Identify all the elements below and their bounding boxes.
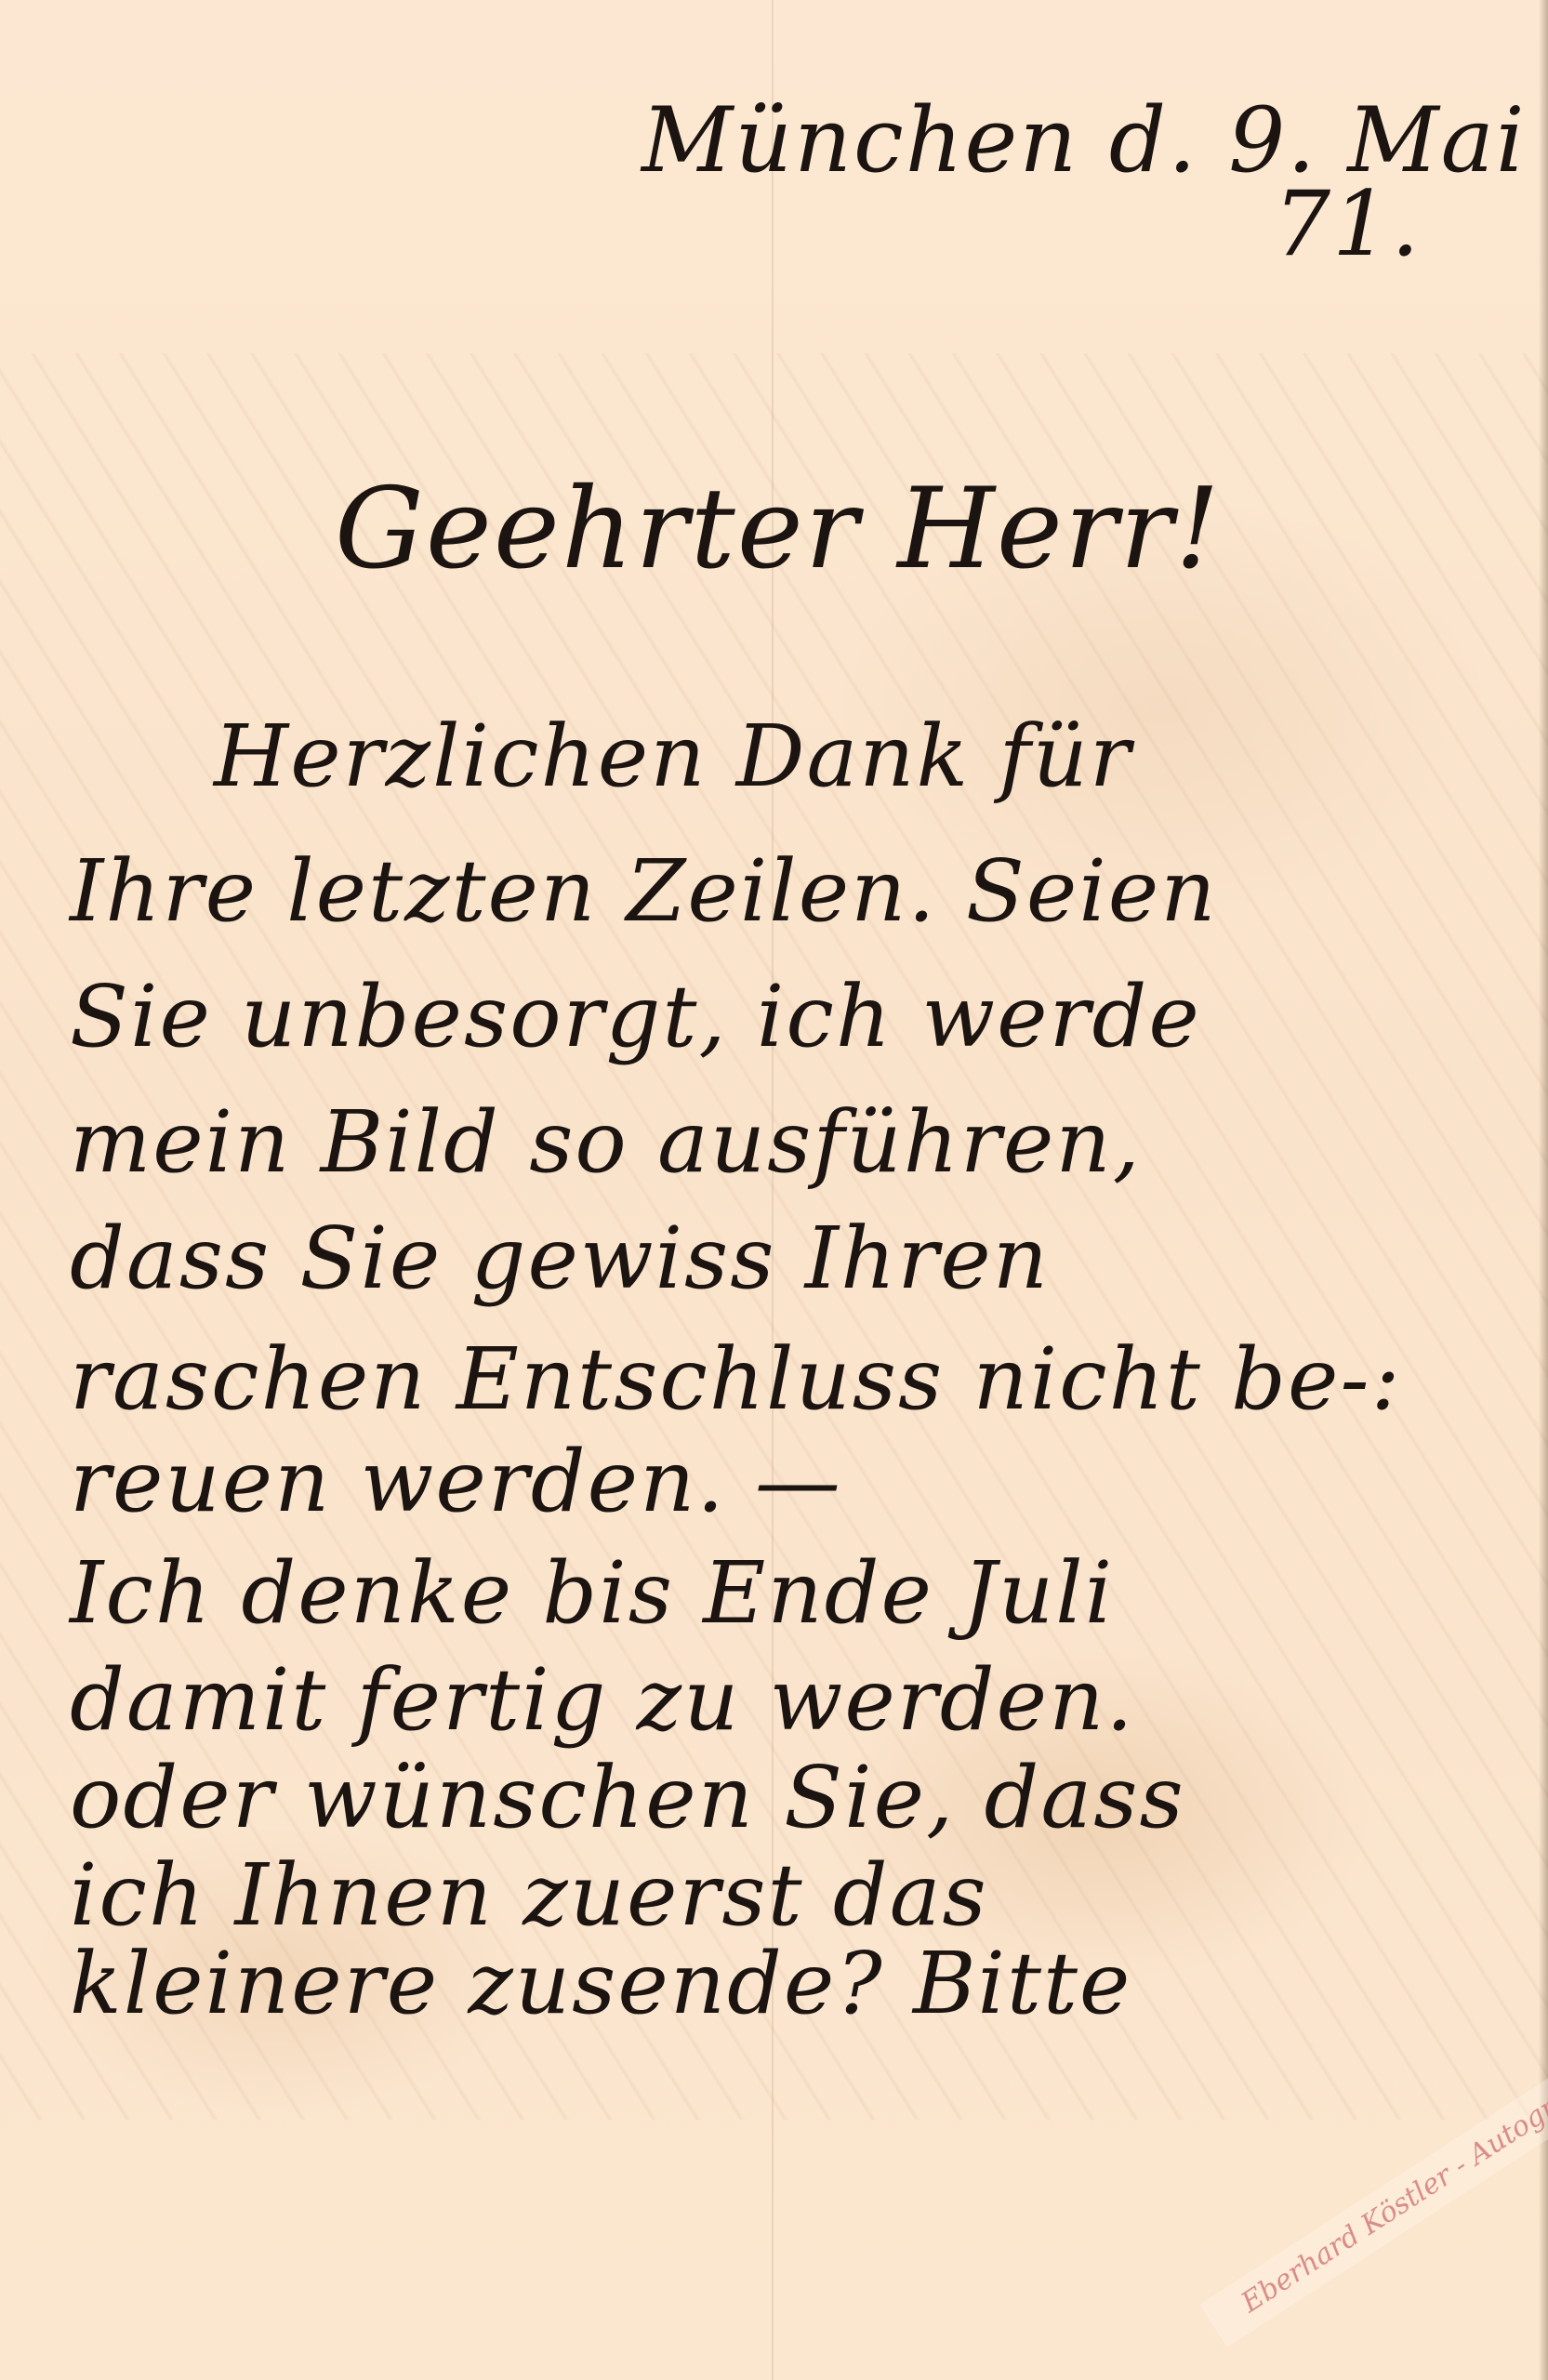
body-line: Ich denke bis Ende Juli	[70, 1543, 1114, 1643]
body-line: kleinere zusende? Bitte	[70, 1934, 1131, 2033]
body-line: raschen Entschluss nicht be-:	[70, 1329, 1402, 1429]
body-line: Ihre letzten Zeilen. Seien	[70, 841, 1217, 941]
body-line: ich Ihnen zuerst das	[70, 1845, 988, 1945]
body-line: reuen werden. —	[70, 1432, 842, 1531]
body-line: Herzlichen Dank für	[214, 707, 1132, 806]
date-year: 71.	[1274, 172, 1422, 276]
body-line: dass Sie gewiss Ihren	[70, 1209, 1050, 1308]
body-line: Sie unbesorgt, ich werde	[70, 967, 1201, 1066]
body-line: oder wünschen Sie, dass	[70, 1748, 1185, 1847]
salutation: Geehrter Herr!	[335, 465, 1222, 594]
paper-edge-shadow	[1539, 0, 1548, 2380]
body-line: mein Bild so ausführen,	[70, 1092, 1142, 1192]
body-line: damit fertig zu werden.	[70, 1650, 1135, 1750]
